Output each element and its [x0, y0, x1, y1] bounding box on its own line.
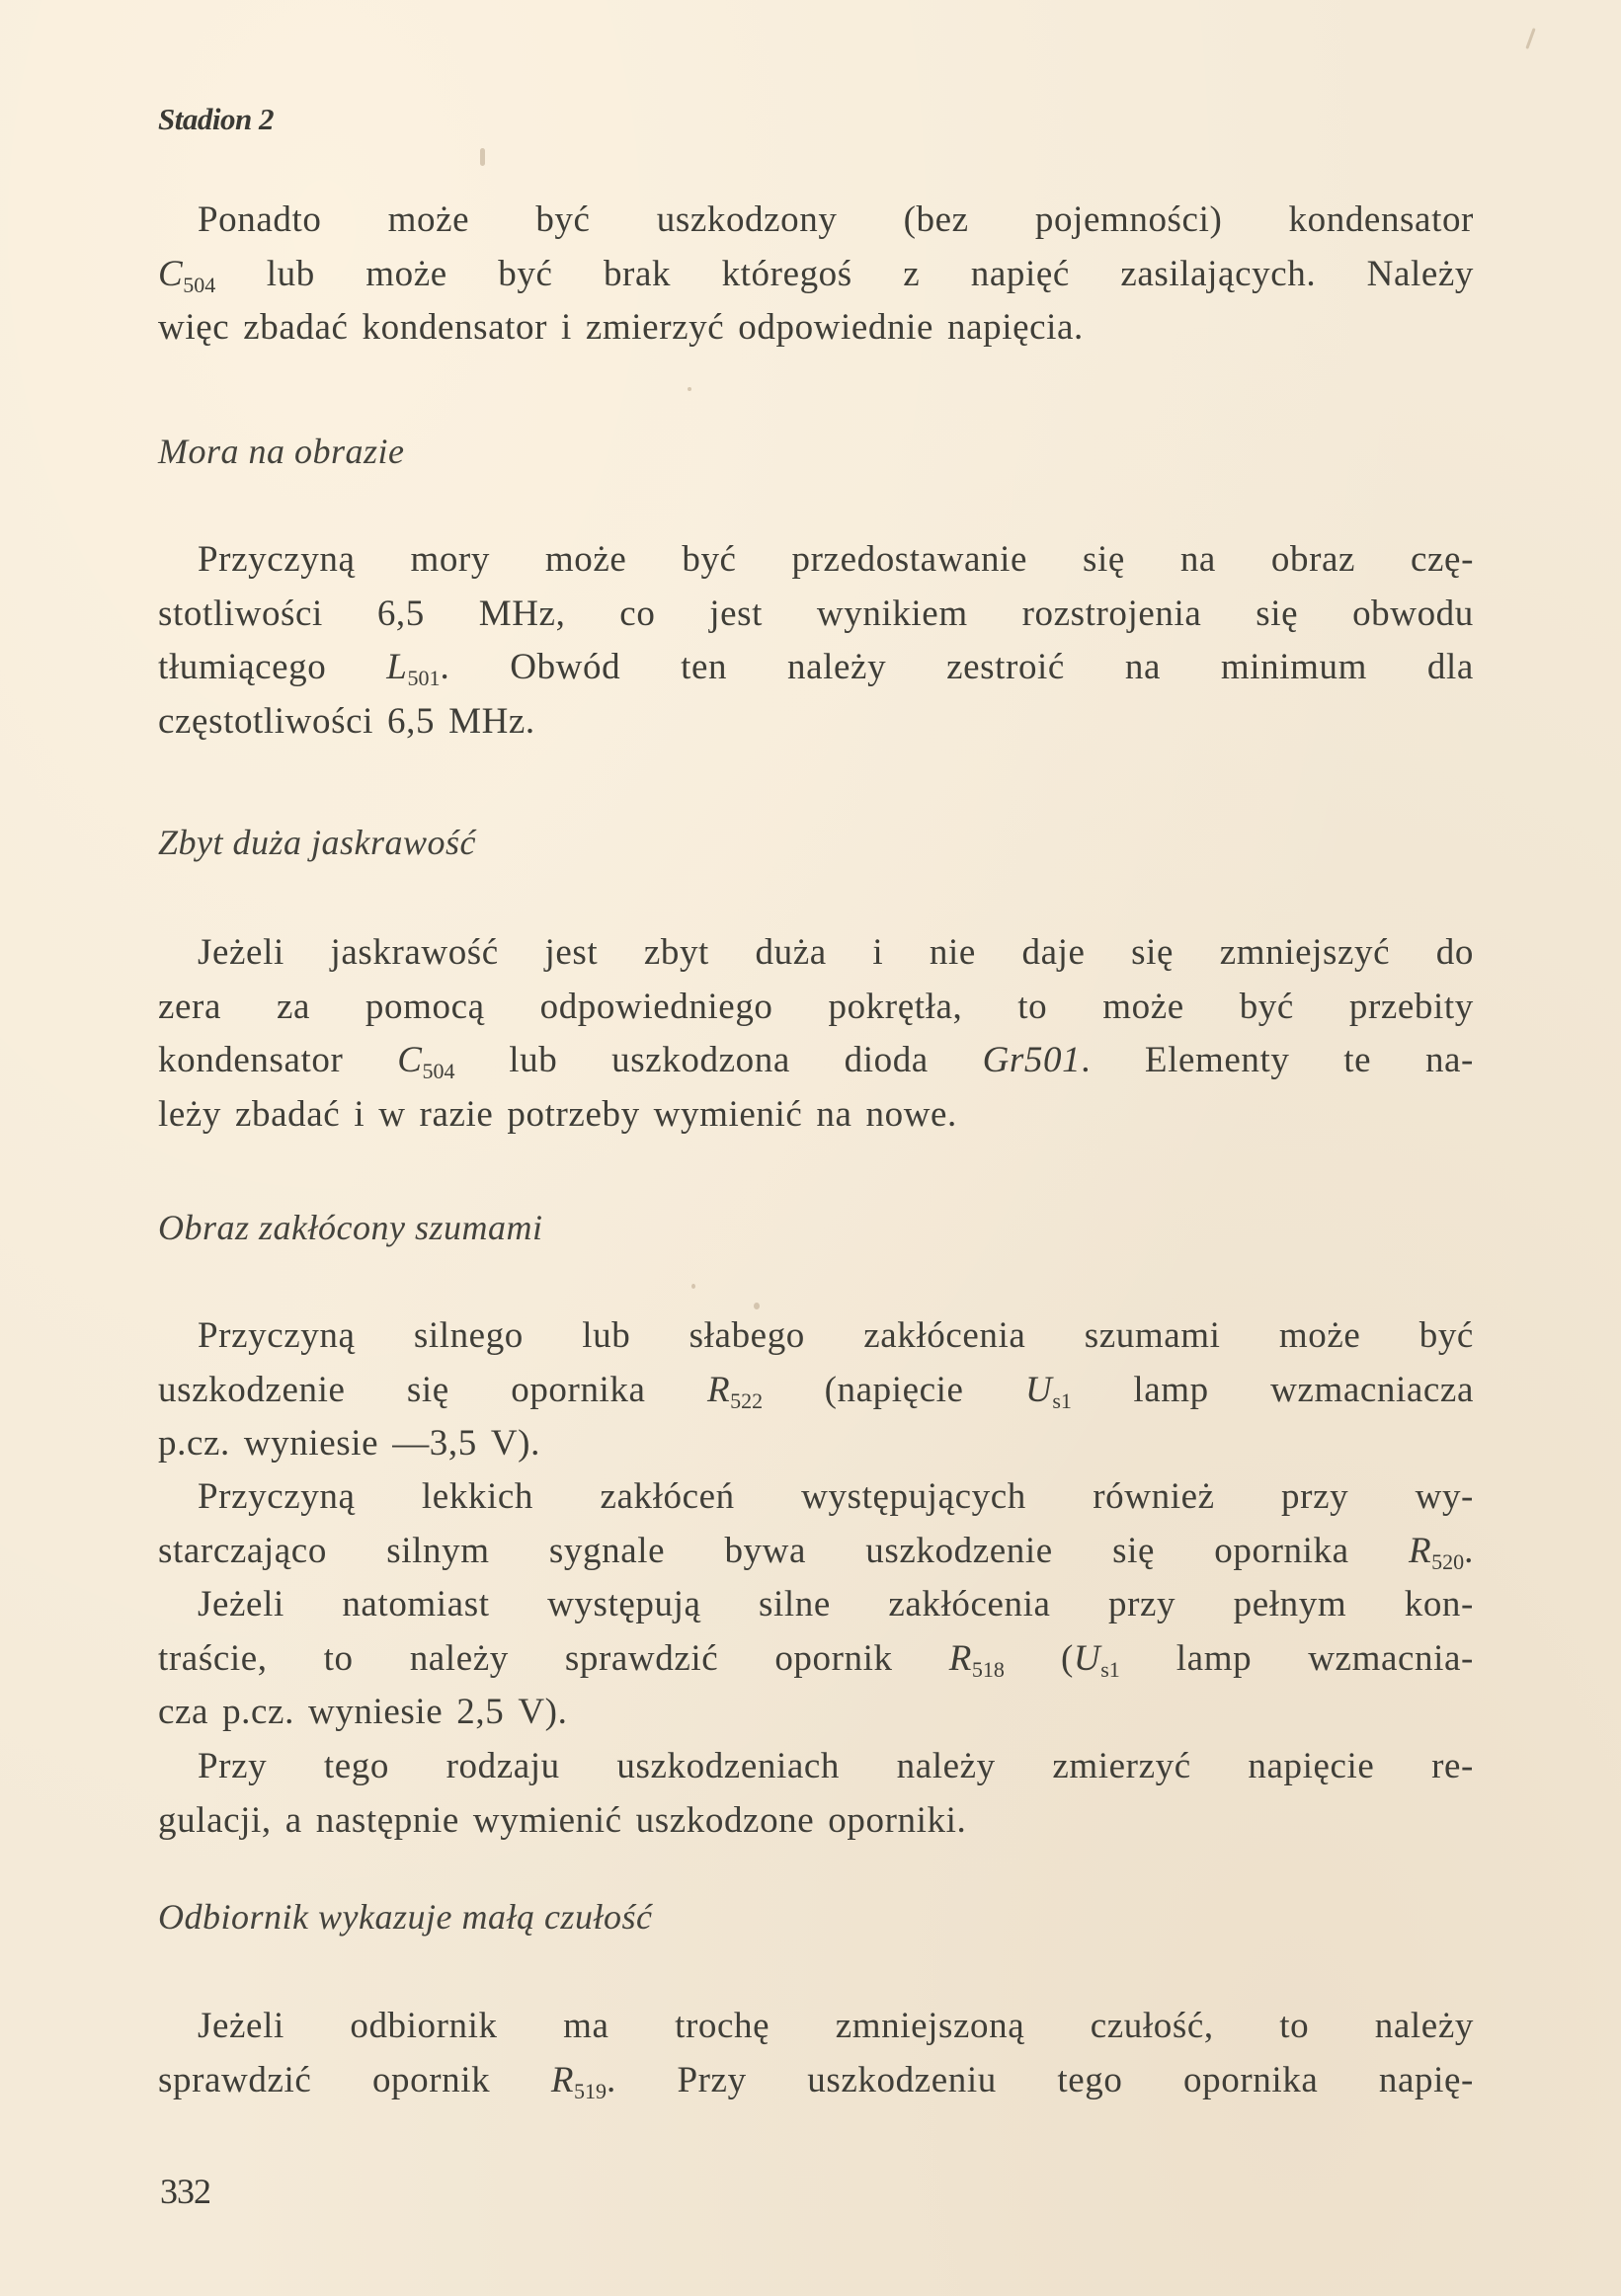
word: nie — [930, 926, 976, 981]
word: Us1 — [1025, 1364, 1072, 1418]
text-line: C504lubmożebyćbrakktóregośznapięćzasilaj… — [158, 248, 1474, 302]
word: zera — [158, 981, 221, 1035]
word: czułość, — [1091, 2000, 1214, 2054]
word: uszkodzenie — [865, 1525, 1052, 1579]
word: w — [378, 1088, 405, 1143]
paragraph-szumy-3: Jeżelinatomiastwystępująsilnezakłóceniap… — [158, 1578, 1474, 1740]
word: jaskrawość — [330, 926, 498, 981]
word: wzmacnia- — [1308, 1632, 1474, 1687]
text-line: zerazapomocąodpowiedniegopokrętła,tomoże… — [158, 981, 1474, 1035]
word: zakłóceń — [600, 1470, 734, 1525]
word: zmierzyć — [1052, 1740, 1190, 1794]
word: p.cz. — [158, 1417, 230, 1471]
paper-speck — [688, 387, 691, 391]
word: występują — [547, 1578, 700, 1632]
word: re- — [1431, 1740, 1474, 1794]
word: odpowiednie — [738, 301, 933, 356]
word: lub — [582, 1309, 630, 1364]
word: tego — [1057, 2054, 1122, 2108]
word: na — [1180, 533, 1216, 588]
symbol-base: L — [386, 647, 407, 687]
word: uszkodzone — [636, 1794, 815, 1849]
word: Ponadto — [198, 194, 321, 248]
word: napięcia. — [947, 301, 1084, 356]
symbol-subscript: 519 — [574, 2079, 607, 2103]
word: opornika — [511, 1364, 645, 1418]
word: 2,5 — [456, 1686, 504, 1740]
word: duża — [756, 926, 827, 981]
text-line: Ponadtomożebyćuszkodzony(bezpojemności)k… — [158, 194, 1474, 248]
word: odbiornik — [350, 2000, 497, 2054]
word: potrzeby — [507, 1088, 639, 1143]
word: jest — [544, 926, 598, 981]
word: pomocą — [365, 981, 485, 1035]
word: tego — [324, 1740, 389, 1794]
word: zbadać — [243, 301, 348, 356]
word: trochę — [675, 2000, 770, 2054]
word: któregoś — [722, 248, 852, 302]
word: daje — [1022, 926, 1086, 981]
word: razie — [420, 1088, 494, 1143]
word: na — [816, 1088, 851, 1143]
word: ma — [563, 2000, 608, 2054]
word: gulacji, — [158, 1794, 272, 1849]
word: rozstrojenia — [1022, 588, 1202, 642]
word: to — [1017, 981, 1047, 1035]
word: kon- — [1405, 1578, 1474, 1632]
word: minimum — [1221, 641, 1367, 695]
symbol-subscript: 501 — [407, 666, 440, 690]
word: natomiast — [342, 1578, 489, 1632]
word: Gr501. — [983, 1034, 1091, 1088]
word: dla — [1427, 641, 1474, 695]
word: R518 — [949, 1632, 1005, 1687]
symbol-subscript: 522 — [730, 1388, 763, 1413]
paper-speck — [1525, 28, 1535, 49]
symbol-base: U — [1074, 1638, 1100, 1679]
symbol-base: Gr501 — [983, 1040, 1082, 1080]
word: bywa — [724, 1525, 806, 1579]
word: MHz. — [448, 695, 535, 750]
text-line: tłumiącegoL501.Obwódtennależyzestroićnam… — [158, 641, 1474, 695]
word: Jeżeli — [198, 1578, 284, 1632]
text-line: więczbadaćkondensatorizmierzyćodpowiedni… — [158, 301, 1474, 356]
text-line: czap.cz.wyniesie2,5V). — [158, 1686, 1474, 1740]
word: się — [1112, 1525, 1155, 1579]
word: zmniejszoną — [836, 2000, 1025, 2054]
word: uszkodzeniach — [616, 1740, 840, 1794]
word: przedostawanie — [792, 533, 1028, 588]
paragraph-capacitor-check: Ponadtomożebyćuszkodzony(bezpojemności)k… — [158, 194, 1474, 356]
word: zbadać — [235, 1088, 340, 1143]
text-line: Przyczynąlekkichzakłóceńwystępującychrów… — [158, 1470, 1474, 1525]
paragraph-jaskrawosc: Jeżelijaskrawośćjestzbytdużainiedajesięz… — [158, 926, 1474, 1142]
word: zasilających. — [1120, 248, 1316, 302]
word: uszkodzenie — [158, 1364, 345, 1418]
word: brak — [604, 248, 671, 302]
word: Przy — [677, 2054, 746, 2108]
word: Przyczyną — [198, 1309, 356, 1364]
word: silnym — [386, 1525, 489, 1579]
text-line: leżyzbadaćiwraziepotrzebywymienićnanowe. — [158, 1088, 1474, 1143]
word: V). — [491, 1417, 540, 1471]
symbol-subscript: 504 — [423, 1059, 455, 1083]
word: traście, — [158, 1632, 268, 1687]
word: więc — [158, 301, 229, 356]
word: może — [1279, 1309, 1361, 1364]
word: się — [407, 1364, 449, 1418]
word: MHz, — [479, 588, 566, 642]
text-line: p.cz.wyniesie—3,5V). — [158, 1417, 1474, 1471]
word: obraz — [1271, 533, 1355, 588]
word: lamp — [1133, 1364, 1208, 1418]
word: 6,5 — [387, 695, 435, 750]
word: uszkodzona — [611, 1034, 790, 1088]
word: może — [545, 533, 627, 588]
word: wy- — [1416, 1470, 1474, 1525]
word: —3,5 — [392, 1417, 477, 1471]
text-line: uszkodzeniesięopornikaR522(napięcieUs1la… — [158, 1364, 1474, 1418]
word: się — [1083, 533, 1125, 588]
section-heading-czulosc: Odbiornik wykazuje małą czułość — [158, 1896, 652, 1938]
word: C504 — [158, 248, 215, 302]
word: kondensator — [1289, 194, 1474, 248]
word: R519. — [551, 2054, 616, 2108]
word: może — [388, 194, 470, 248]
word: silne — [759, 1578, 831, 1632]
word: pokrętła, — [828, 981, 962, 1035]
word: Przyczyną — [198, 1470, 356, 1525]
word: odpowiedniego — [540, 981, 773, 1035]
symbol-subscript: s1 — [1100, 1657, 1120, 1682]
symbol-subscript: 520 — [1431, 1549, 1464, 1574]
text-line: Przyczynąmorymożebyćprzedostawaniesięnao… — [158, 533, 1474, 588]
word: sprawdzić — [565, 1632, 718, 1687]
word: również — [1093, 1470, 1214, 1525]
word: Przy — [198, 1740, 267, 1794]
word: lub — [509, 1034, 557, 1088]
paragraph-szumy-2: Przyczynąlekkichzakłóceńwystępującychrów… — [158, 1470, 1474, 1578]
word: p.cz. — [222, 1686, 294, 1740]
word: opornika — [1183, 2054, 1318, 2108]
word: C504 — [397, 1034, 454, 1088]
word: zmierzyć — [586, 301, 724, 356]
word: częstotliwości — [158, 695, 373, 750]
word: to — [1279, 2000, 1309, 2054]
word: wymienić — [473, 1794, 622, 1849]
word: opornik — [372, 2054, 490, 2108]
word: wzmacniacza — [1270, 1364, 1474, 1418]
word: stotliwości — [158, 588, 323, 642]
symbol-subscript: s1 — [1052, 1388, 1072, 1413]
text-line: starczającosilnymsygnalebywauszkodzenies… — [158, 1525, 1474, 1579]
word: napięcie — [1248, 1740, 1374, 1794]
word: i — [872, 926, 883, 981]
word: rodzaju — [446, 1740, 560, 1794]
paragraph-szumy-1: Przyczynąsilnegolubsłabegozakłóceniaszum… — [158, 1309, 1474, 1471]
word: R522 — [707, 1364, 763, 1418]
word: opornik — [774, 1632, 892, 1687]
word: L501. — [386, 641, 449, 695]
word: się — [1256, 588, 1298, 642]
word: i — [561, 301, 572, 356]
word: Jeżeli — [198, 926, 284, 981]
paper-speck — [754, 1303, 760, 1309]
word: sygnale — [549, 1525, 665, 1579]
text-line: gulacji,anastępniewymienićuszkodzoneopor… — [158, 1794, 1474, 1849]
symbol-base: R — [1409, 1531, 1431, 1571]
word: (napięcie — [825, 1364, 964, 1418]
word: sprawdzić — [158, 2054, 311, 2108]
symbol-base: C — [397, 1040, 422, 1080]
symbol-base: R — [551, 2060, 574, 2100]
section-heading-mora: Mora na obrazie — [158, 431, 405, 472]
word: należy — [897, 1740, 996, 1794]
symbol-base: R — [949, 1638, 972, 1679]
word: uszkodzony — [657, 194, 838, 248]
word: zakłócenia — [888, 1578, 1050, 1632]
text-line: Przyczynąsilnegolubsłabegozakłóceniaszum… — [158, 1309, 1474, 1364]
word: za — [277, 981, 310, 1035]
paragraph-czulosc: Jeżeliodbiornikmatrochęzmniejszonączułoś… — [158, 2000, 1474, 2107]
word: dioda — [845, 1034, 929, 1088]
word: wyniesie — [244, 1417, 378, 1471]
word: napię- — [1379, 2054, 1474, 2108]
word: być — [535, 194, 590, 248]
word: leży — [158, 1088, 221, 1143]
word: Elementy — [1145, 1034, 1290, 1088]
word: do — [1436, 926, 1474, 981]
word: się — [1131, 926, 1174, 981]
text-line: traście,tonależysprawdzićopornikR518(Us1… — [158, 1632, 1474, 1687]
word: być — [1240, 981, 1294, 1035]
word: zmniejszyć — [1220, 926, 1390, 981]
word: na- — [1425, 1034, 1474, 1088]
word: cza — [158, 1686, 208, 1740]
word: R520. — [1409, 1525, 1474, 1579]
word: to — [324, 1632, 354, 1687]
word: Jeżeli — [198, 2000, 284, 2054]
word: kondensator — [363, 301, 547, 356]
text-line: kondensatorC504lubuszkodzonadiodaGr501.E… — [158, 1034, 1474, 1088]
section-heading-jaskrawosc: Zbyt duża jaskrawość — [158, 822, 476, 863]
text-line: stotliwości6,5MHz,cojestwynikiemrozstroj… — [158, 588, 1474, 642]
word: występujących — [801, 1470, 1026, 1525]
paragraph-szumy-4: Przytegorodzajuuszkodzeniachnależyzmierz… — [158, 1740, 1474, 1848]
word: może — [1102, 981, 1184, 1035]
word: tłumiącego — [158, 641, 326, 695]
word: (bez — [904, 194, 969, 248]
running-head: Stadion 2 — [158, 102, 274, 137]
word: opornika — [1214, 1525, 1348, 1579]
paper-speck — [480, 148, 485, 166]
word: z — [903, 248, 920, 302]
symbol-subscript: 504 — [183, 273, 215, 297]
word: przy — [1281, 1470, 1348, 1525]
word: co — [619, 588, 655, 642]
word: oporniki. — [828, 1794, 966, 1849]
word: a — [285, 1794, 302, 1849]
word: te — [1343, 1034, 1371, 1088]
text-line: Jeżelijaskrawośćjestzbytdużainiedajesięz… — [158, 926, 1474, 981]
word: słabego — [689, 1309, 805, 1364]
word: i — [354, 1088, 365, 1143]
word: należy — [1375, 2000, 1474, 2054]
word: Należy — [1367, 248, 1474, 302]
word: lub — [267, 248, 315, 302]
word: wyniesie — [308, 1686, 443, 1740]
word: być — [1419, 1309, 1474, 1364]
word: lamp — [1176, 1632, 1252, 1687]
text-line: sprawdzićopornikR519.Przyuszkodzeniutego… — [158, 2054, 1474, 2108]
word: pełnym — [1234, 1578, 1347, 1632]
symbol-base: C — [158, 254, 183, 294]
word: starczająco — [158, 1525, 327, 1579]
word: przy — [1108, 1578, 1175, 1632]
word: przebity — [1349, 981, 1474, 1035]
word: zbyt — [644, 926, 709, 981]
word: Obwód — [510, 641, 620, 695]
word: Przyczyną — [198, 533, 356, 588]
word: na — [1125, 641, 1161, 695]
text-line: Jeżeliodbiornikmatrochęzmniejszonączułoś… — [158, 2000, 1474, 2054]
word: (Us1 — [1061, 1632, 1120, 1687]
symbol-base: R — [707, 1370, 730, 1410]
word: uszkodzeniu — [807, 2054, 997, 2108]
word: V). — [518, 1686, 567, 1740]
word: następnie — [316, 1794, 459, 1849]
text-line: częstotliwości6,5MHz. — [158, 695, 1474, 750]
symbol-subscript: 518 — [972, 1657, 1005, 1682]
word: pojemności) — [1035, 194, 1223, 248]
word: lekkich — [422, 1470, 533, 1525]
word: może — [365, 248, 447, 302]
page-number: 332 — [160, 2171, 210, 2212]
word: mory — [410, 533, 490, 588]
word: zestroić — [946, 641, 1065, 695]
paper-speck — [691, 1284, 695, 1289]
word: kondensator — [158, 1034, 343, 1088]
word: jest — [709, 588, 763, 642]
section-heading-szumy: Obraz zakłócony szumami — [158, 1207, 542, 1248]
word: być — [682, 533, 736, 588]
word: ten — [681, 641, 727, 695]
text-line: Przytegorodzajuuszkodzeniachnależyzmierz… — [158, 1740, 1474, 1794]
word: napięć — [971, 248, 1070, 302]
word: 6,5 — [377, 588, 425, 642]
word: czę- — [1411, 533, 1474, 588]
word: szumami — [1085, 1309, 1221, 1364]
word: obwodu — [1352, 588, 1474, 642]
word: należy — [787, 641, 886, 695]
word: być — [498, 248, 552, 302]
paragraph-mora: Przyczynąmorymożebyćprzedostawaniesięnao… — [158, 533, 1474, 749]
word: nowe. — [866, 1088, 957, 1143]
word: wymienić — [654, 1088, 803, 1143]
word: należy — [410, 1632, 509, 1687]
word: silnego — [414, 1309, 524, 1364]
word: zakłócenia — [863, 1309, 1025, 1364]
word: wynikiem — [817, 588, 968, 642]
symbol-base: U — [1025, 1370, 1052, 1410]
text-line: Jeżelinatomiastwystępująsilnezakłóceniap… — [158, 1578, 1474, 1632]
